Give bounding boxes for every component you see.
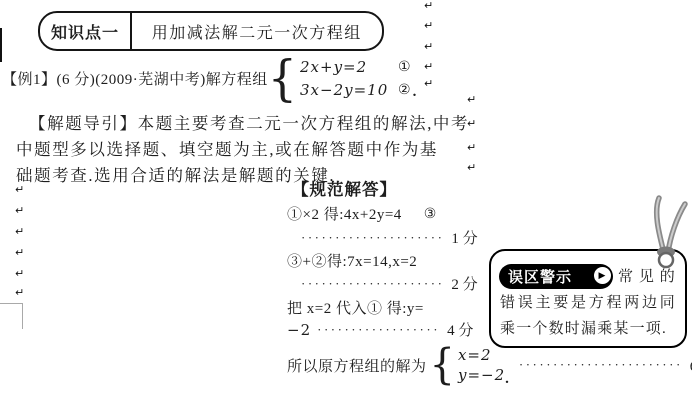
- solution-step-3: 把 x=2 代入① 得:y=: [287, 297, 424, 318]
- document-page[interactable]: { "header_box": { "label": "知识点一", "titl…: [0, 0, 692, 395]
- play-arrow-icon: ▶: [593, 266, 612, 285]
- solution-eq-2: y=−2: [458, 366, 505, 384]
- solution-step-2-text: ③+②得:7x=14,x=2: [287, 250, 417, 271]
- solution-header: 【规范解答】: [292, 176, 397, 200]
- return-mark: ↵: [424, 0, 433, 11]
- left-brace: {: [268, 55, 297, 101]
- return-mark: ↵: [424, 78, 433, 89]
- equation-2: 3x−2y=10: [300, 81, 372, 99]
- leader-dots: ·····················: [301, 230, 444, 246]
- text-boundary-horizontal: [0, 303, 23, 304]
- equation-1: 2x+y=2: [300, 58, 372, 76]
- hang-tag-strings-icon: [628, 193, 692, 271]
- solution-step-3-text: 把 x=2 代入① 得:y=: [287, 297, 424, 318]
- return-mark: ↵: [15, 287, 24, 298]
- return-mark: ↵: [467, 142, 476, 153]
- knowledge-point-label: 知识点一: [40, 13, 130, 49]
- return-mark: ↵: [424, 61, 433, 72]
- solution-system: { x=2 y=−2: [430, 345, 506, 385]
- return-mark: ↵: [424, 20, 433, 31]
- score-4: 4 分: [447, 319, 473, 340]
- guide-line-3: 础题考查.选用合适的解法是解题的关键.: [16, 162, 335, 186]
- solution-eq-1: x=2: [458, 346, 492, 364]
- example-line: 【例1】(6 分)(2009·芜湖中考)解方程组 { 2x+y=2 ① 3x−2…: [2, 55, 416, 101]
- return-mark: ↵: [467, 94, 476, 105]
- misconception-badge-label: 误区警示: [508, 266, 572, 287]
- solution-step-1: ①×2 得:4x+2y=4 ③: [287, 203, 436, 224]
- conclusion-text: 所以原方程组的解为: [287, 355, 427, 376]
- leader-dots: ·····················: [301, 276, 444, 292]
- knowledge-point-box: 知识点一 用加减法解二元一次方程组: [38, 11, 384, 51]
- left-brace: {: [430, 345, 455, 385]
- solution-step-3-value: −2: [287, 321, 311, 339]
- solution-step-3-continued: −2 ·················· 4 分: [287, 319, 473, 340]
- score-2: 2 分: [451, 273, 477, 294]
- equation-2-tag: ②: [398, 82, 411, 98]
- system-period: .: [413, 84, 417, 101]
- return-mark: ↵: [15, 205, 24, 216]
- return-mark: ↵: [15, 184, 24, 195]
- return-mark: ↵: [467, 118, 476, 129]
- score-line-1: ····················· 1 分: [301, 227, 478, 248]
- return-mark: ↵: [424, 41, 433, 52]
- solution-step-1-tag: ③: [424, 206, 437, 222]
- return-mark: ↵: [15, 247, 24, 258]
- score-1: 1 分: [451, 227, 477, 248]
- return-mark: ↵: [15, 268, 24, 279]
- knowledge-point-title: 用加减法解二元一次方程组: [132, 13, 383, 49]
- solution-step-1-text: ①×2 得:4x+2y=4: [287, 203, 402, 224]
- guide-line-1: 【解题导引】本题主要考查二元一次方程组的解法,中考: [29, 110, 469, 134]
- leader-dots: ························: [519, 357, 683, 373]
- text-boundary-vertical: [22, 303, 23, 329]
- conclusion-period: .: [505, 371, 509, 388]
- return-mark: ↵: [15, 226, 24, 237]
- misconception-badge: 误区警示 ▶: [499, 264, 613, 289]
- example-intro: 【例1】(6 分)(2009·芜湖中考)解方程组: [2, 68, 268, 89]
- leader-dots: ··················: [317, 322, 440, 338]
- solution-step-2: ③+②得:7x=14,x=2: [287, 250, 417, 271]
- return-mark: ↵: [467, 162, 476, 173]
- guide-line-2: 中题型多以选择题、填空题为主,或在解答题中作为基: [16, 136, 438, 160]
- score-line-2: ····················· 2 分: [301, 273, 478, 294]
- equation-system: { 2x+y=2 ① 3x−2y=10 ②: [268, 55, 411, 101]
- solution-conclusion: 所以原方程组的解为 { x=2 y=−2 . ·················…: [287, 342, 692, 388]
- equation-1-tag: ①: [398, 59, 411, 75]
